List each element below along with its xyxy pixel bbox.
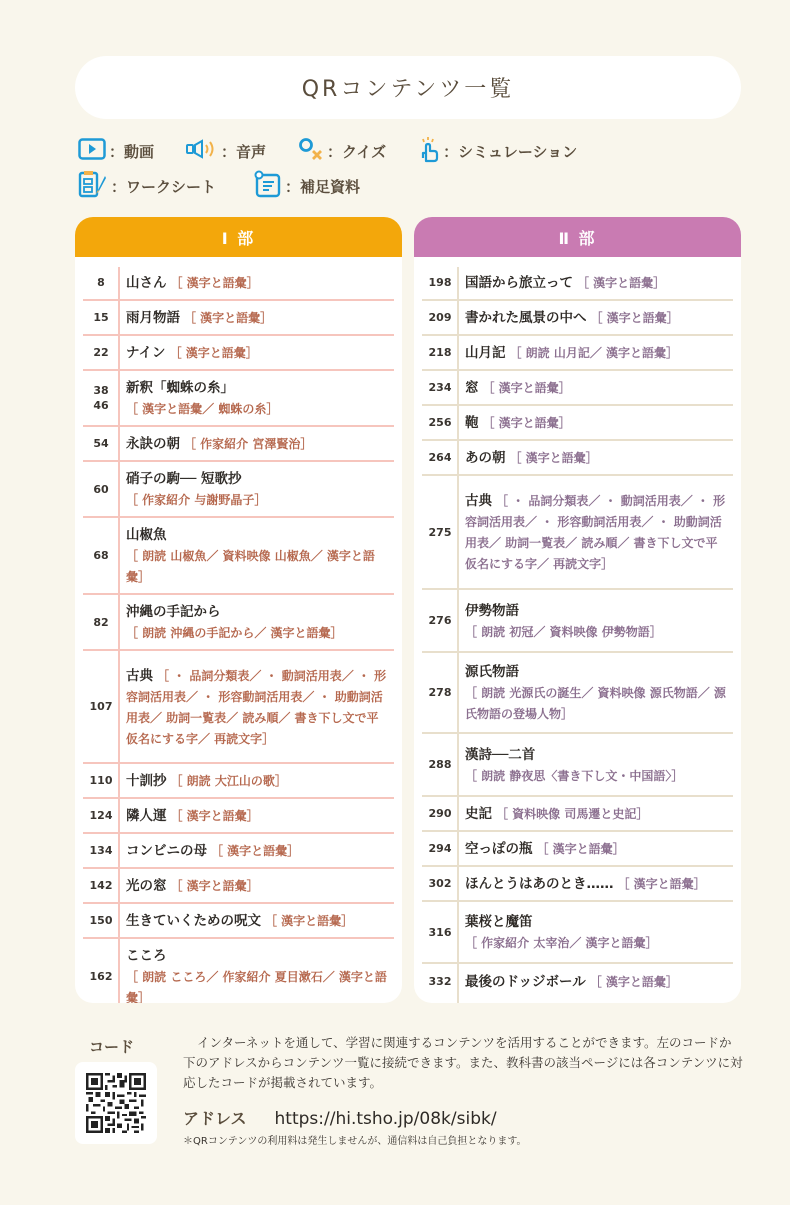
entry-title: ほんとうはあのとき…… xyxy=(465,876,614,892)
content-links[interactable]: ［ 朗読 光源氏の誕生／ 資料映像 源氏物語／ 源氏物語の登場人物］ xyxy=(465,686,726,721)
part2-row-264[interactable]: 264あの朝［ 漢字と語彙］ xyxy=(422,441,733,476)
entry-title: 古典 xyxy=(465,493,492,509)
content-links[interactable]: ［ 漢字と語彙］ xyxy=(510,451,598,465)
part2-panel: Ⅱ 部 198国語から旅立って［ 漢字と語彙］209書かれた風景の中へ［ 漢字と… xyxy=(414,217,741,1003)
page-number: 275 xyxy=(422,525,458,540)
usage-fee-note: ＊QRコンテンツの利用料は発生しませんが、通信料は自己負担となります。 xyxy=(183,1132,527,1147)
entry-content: 古典［ ・ 品詞分類表／ ・ 動詞活用表／ ・ 形容詞活用表／ ・ 形容動詞活用… xyxy=(119,659,394,755)
address-label: アドレス xyxy=(183,1106,247,1129)
part1-row-22[interactable]: 22ナイン［ 漢字と語彙］ xyxy=(83,336,394,371)
entry-title: 雨月物語 xyxy=(126,310,180,326)
content-links[interactable]: ［ 漢字と語彙］ xyxy=(537,842,625,856)
entry-title: 生きていくための呪文 xyxy=(126,913,261,929)
legend-audio: ：音声 xyxy=(186,139,266,163)
entry-content: 山椒魚［ 朗読 山椒魚／ 資料映像 山椒魚／ 漢字と語彙］ xyxy=(119,518,394,593)
part1-row-68[interactable]: 68山椒魚［ 朗読 山椒魚／ 資料映像 山椒魚／ 漢字と語彙］ xyxy=(83,518,394,595)
entry-title: 鞄 xyxy=(465,415,479,431)
worksheet-icon xyxy=(78,170,108,202)
qr-code[interactable] xyxy=(75,1062,157,1144)
content-links[interactable]: ［ 漢字と語彙］ xyxy=(618,877,706,891)
quiz-icon xyxy=(298,137,324,165)
page-number: 124 xyxy=(83,808,119,823)
part2-header: Ⅱ 部 xyxy=(414,217,741,257)
legend-supplement: ：補足資料 xyxy=(254,170,360,202)
content-links[interactable]: ［ 漢字と語彙］ xyxy=(184,311,272,325)
page-number: 290 xyxy=(422,806,458,821)
entry-content: ナイン［ 漢字と語彙］ xyxy=(119,336,394,369)
entry-title: 国語から旅立って xyxy=(465,275,573,291)
entry-content: 葉桜と魔笛［ 作家紹介 太宰治／ 漢字と語彙］ xyxy=(458,905,733,959)
entry-content: 源氏物語［ 朗読 光源氏の誕生／ 資料映像 源氏物語／ 源氏物語の登場人物］ xyxy=(458,655,733,730)
content-links[interactable]: ［ 朗読 初冠／ 資料映像 伊勢物語］ xyxy=(465,625,662,639)
entry-content: 十訓抄［ 朗読 大江山の歌］ xyxy=(119,764,394,797)
part1-row-162[interactable]: 162こころ［ 朗読 こころ／ 作家紹介 夏目漱石／ 漢字と語彙］ xyxy=(83,939,394,1003)
page-number: 288 xyxy=(422,757,458,772)
part2-row-256[interactable]: 256鞄［ 漢字と語彙］ xyxy=(422,406,733,441)
page-number: 68 xyxy=(83,548,119,563)
content-links[interactable]: ［ 漢字と語彙］ xyxy=(483,416,571,430)
entry-content: 最後のドッジボール［ 漢字と語彙］ xyxy=(458,965,733,998)
part2-row-288[interactable]: 288漢詩──二首［ 朗読 静夜思〈書き下し文・中国語〉］ xyxy=(422,734,733,797)
entry-title: 光の窓 xyxy=(126,878,167,894)
entry-content: 山さん［ 漢字と語彙］ xyxy=(119,266,394,299)
content-links[interactable]: ［ 朗読 こころ／ 作家紹介 夏目漱石／ 漢字と語彙］ xyxy=(126,970,387,1003)
part2-row-302[interactable]: 302ほんとうはあのとき……［ 漢字と語彙］ xyxy=(422,867,733,902)
entry-title: こころ xyxy=(126,948,167,964)
content-links[interactable]: ［ 漢字と語彙］ xyxy=(171,276,259,290)
content-links[interactable]: ［ 資料映像 司馬遷と史記］ xyxy=(496,807,648,821)
content-links[interactable]: ［ 朗読 山月記／ 漢字と語彙］ xyxy=(510,346,679,360)
content-links[interactable]: ［ 漢字と語彙／ 蜘蛛の糸］ xyxy=(126,402,278,416)
page-number: 278 xyxy=(422,685,458,700)
simulation-icon xyxy=(418,135,440,167)
entry-content: 永訣の朝［ 作家紹介 宮澤賢治］ xyxy=(119,427,394,460)
entry-content: ほんとうはあのとき……［ 漢字と語彙］ xyxy=(458,867,733,900)
part2-row-276[interactable]: 276伊勢物語［ 朗読 初冠／ 資料映像 伊勢物語］ xyxy=(422,590,733,653)
entry-title: 硝子の駒── 短歌抄 xyxy=(126,471,241,487)
entry-content: 伊勢物語［ 朗読 初冠／ 資料映像 伊勢物語］ xyxy=(458,594,733,648)
entry-content: 硝子の駒── 短歌抄［ 作家紹介 与謝野晶子］ xyxy=(119,462,394,516)
content-links[interactable]: ［ 漢字と語彙］ xyxy=(171,809,259,823)
entry-title: 山月記 xyxy=(465,345,506,361)
entry-content: 史記［ 資料映像 司馬遷と史記］ xyxy=(458,797,733,830)
entry-title: あの朝 xyxy=(465,450,506,466)
content-links[interactable]: ［ 朗読 山椒魚／ 資料映像 山椒魚／ 漢字と語彙］ xyxy=(126,549,375,584)
icon-legend: ：動画 ：音声 ：クイズ ：シミュレーション ：ワークシート xyxy=(78,137,718,207)
entry-content: 光の窓［ 漢字と語彙］ xyxy=(119,869,394,902)
entry-content: 鞄［ 漢字と語彙］ xyxy=(458,406,733,439)
supplement-icon xyxy=(254,170,282,202)
legend-simulation: ：シミュレーション xyxy=(418,135,577,167)
entry-content: 新釈「蜘蛛の糸」［ 漢字と語彙／ 蜘蛛の糸］ xyxy=(119,371,394,425)
content-links[interactable]: ［ 作家紹介 与謝野晶子］ xyxy=(126,493,266,507)
page-number: 332 xyxy=(422,974,458,989)
page-number: 107 xyxy=(83,699,119,714)
page-number: 294 xyxy=(422,841,458,856)
page-number: 234 xyxy=(422,380,458,395)
content-links[interactable]: ［ 作家紹介 宮澤賢治］ xyxy=(184,437,312,451)
part2-row-290[interactable]: 290史記［ 資料映像 司馬遷と史記］ xyxy=(422,797,733,832)
part1-row-15[interactable]: 15雨月物語［ 漢字と語彙］ xyxy=(83,301,394,336)
page-number: 150 xyxy=(83,913,119,928)
entry-title: 山椒魚 xyxy=(126,527,167,543)
part2-row-278[interactable]: 278源氏物語［ 朗読 光源氏の誕生／ 資料映像 源氏物語／ 源氏物語の登場人物… xyxy=(422,653,733,734)
content-links[interactable]: ［ 作家紹介 太宰治／ 漢字と語彙］ xyxy=(465,936,658,950)
part1-header: Ⅰ 部 xyxy=(75,217,402,257)
page-number: 110 xyxy=(83,773,119,788)
page-number: 142 xyxy=(83,878,119,893)
video-icon xyxy=(78,138,106,164)
page-number: 209 xyxy=(422,310,458,325)
legend-worksheet: ：ワークシート xyxy=(78,170,216,202)
entry-content: 窓［ 漢字と語彙］ xyxy=(458,371,733,404)
entry-content: 国語から旅立って［ 漢字と語彙］ xyxy=(458,266,733,299)
audio-icon xyxy=(186,139,218,163)
content-links[interactable]: ［ 漢字と語彙］ xyxy=(591,311,679,325)
part1-row-110[interactable]: 110十訓抄［ 朗読 大江山の歌］ xyxy=(83,764,394,799)
part1-row-150[interactable]: 150生きていくための呪文［ 漢字と語彙］ xyxy=(83,904,394,939)
part2-row-275[interactable]: 275古典［ ・ 品詞分類表／ ・ 動詞活用表／ ・ 形容詞活用表／ ・ 形容動… xyxy=(422,476,733,590)
part2-row-332[interactable]: 332最後のドッジボール［ 漢字と語彙］ xyxy=(422,964,733,999)
content-links[interactable]: ［ 漢字と語彙］ xyxy=(211,844,299,858)
part1-row-54[interactable]: 54永訣の朝［ 作家紹介 宮澤賢治］ xyxy=(83,427,394,462)
part2-row-209[interactable]: 209書かれた風景の中へ［ 漢字と語彙］ xyxy=(422,301,733,336)
part1-panel: Ⅰ 部 8山さん［ 漢字と語彙］15雨月物語［ 漢字と語彙］22ナイン［ 漢字と… xyxy=(75,217,402,1003)
legend-row-1: ：動画 ：音声 ：クイズ ：シミュレーション xyxy=(78,137,718,165)
page-number: 15 xyxy=(83,310,119,325)
content-links[interactable]: ［ 漢字と語彙］ xyxy=(170,346,258,360)
content-links[interactable]: ［ 漢字と語彙］ xyxy=(483,381,571,395)
page-title: QRコンテンツ一覧 xyxy=(302,72,515,103)
entry-content: 山月記［ 朗読 山月記／ 漢字と語彙］ xyxy=(458,336,733,369)
page-number: 8 xyxy=(83,275,119,290)
page-number: 82 xyxy=(83,615,119,630)
page-number: 198 xyxy=(422,275,458,290)
entry-title: 山さん xyxy=(126,275,167,291)
entry-title: 空っぽの瓶 xyxy=(465,841,533,857)
content-links[interactable]: ［ 漢字と語彙］ xyxy=(577,276,665,290)
part2-row-316[interactable]: 316葉桜と魔笛［ 作家紹介 太宰治／ 漢字と語彙］ xyxy=(422,902,733,964)
part2-row-234[interactable]: 234窓［ 漢字と語彙］ xyxy=(422,371,733,406)
part2-row-198[interactable]: 198国語から旅立って［ 漢字と語彙］ xyxy=(422,265,733,301)
entry-content: 空っぽの瓶［ 漢字と語彙］ xyxy=(458,832,733,865)
page-number: 38 46 xyxy=(83,383,119,413)
entry-title: コンビニの母 xyxy=(126,843,207,859)
address-url-link[interactable]: https://hi.tsho.jp/08k/sibk/ xyxy=(275,1109,497,1129)
entry-title: 新釈「蜘蛛の糸」 xyxy=(126,380,234,396)
page-number: 264 xyxy=(422,450,458,465)
entry-title: 漢詩──二首 xyxy=(465,747,535,763)
entry-content: 漢詩──二首［ 朗読 静夜思〈書き下し文・中国語〉］ xyxy=(458,738,733,792)
part1-row-8[interactable]: 8山さん［ 漢字と語彙］ xyxy=(83,265,394,301)
part1-row-142[interactable]: 142光の窓［ 漢字と語彙］ xyxy=(83,869,394,904)
part2-list: 198国語から旅立って［ 漢字と語彙］209書かれた風景の中へ［ 漢字と語彙］2… xyxy=(414,257,741,999)
page-number: 256 xyxy=(422,415,458,430)
entry-content: 沖縄の手記から［ 朗読 沖縄の手記から／ 漢字と語彙］ xyxy=(119,595,394,649)
entry-title: 伊勢物語 xyxy=(465,603,519,619)
entry-title: 十訓抄 xyxy=(126,773,167,789)
entry-title: 源氏物語 xyxy=(465,664,519,680)
part1-row-38-46[interactable]: 38 46新釈「蜘蛛の糸」［ 漢字と語彙／ 蜘蛛の糸］ xyxy=(83,371,394,427)
part1-row-60[interactable]: 60硝子の駒── 短歌抄［ 作家紹介 与謝野晶子］ xyxy=(83,462,394,518)
entry-title: 古典 xyxy=(126,668,153,684)
legend-row-2: ：ワークシート ：補足資料 xyxy=(78,172,718,200)
content-links[interactable]: ［ 朗読 静夜思〈書き下し文・中国語〉］ xyxy=(465,769,683,783)
page-number: 22 xyxy=(83,345,119,360)
entry-content: 雨月物語［ 漢字と語彙］ xyxy=(119,301,394,334)
entry-title: 隣人運 xyxy=(126,808,167,824)
page-number: 218 xyxy=(422,345,458,360)
content-links[interactable]: ［ 漢字と語彙］ xyxy=(265,914,353,928)
entry-content: コンビニの母［ 漢字と語彙］ xyxy=(119,834,394,867)
entry-content: 古典［ ・ 品詞分類表／ ・ 動詞活用表／ ・ 形容詞活用表／ ・ 形容動詞活用… xyxy=(458,484,733,580)
page-number: 316 xyxy=(422,925,458,940)
part1-row-134[interactable]: 134コンビニの母［ 漢字と語彙］ xyxy=(83,834,394,869)
page-number: 54 xyxy=(83,436,119,451)
entry-title: 最後のドッジボール xyxy=(465,974,586,990)
content-links[interactable]: ［ 朗読 大江山の歌］ xyxy=(171,774,287,788)
title-banner: QRコンテンツ一覧 xyxy=(75,56,741,119)
page-number: 60 xyxy=(83,482,119,497)
entry-title: 書かれた風景の中へ xyxy=(465,310,587,326)
entry-title: 葉桜と魔笛 xyxy=(465,914,533,930)
legend-quiz: ：クイズ xyxy=(298,137,386,165)
content-links[interactable]: ［ 漢字と語彙］ xyxy=(171,879,259,893)
part1-row-82[interactable]: 82沖縄の手記から［ 朗読 沖縄の手記から／ 漢字と語彙］ xyxy=(83,595,394,651)
part1-list: 8山さん［ 漢字と語彙］15雨月物語［ 漢字と語彙］22ナイン［ 漢字と語彙］3… xyxy=(75,257,402,1003)
entry-title: 永訣の朝 xyxy=(126,436,180,452)
content-links[interactable]: ［ ・ 品詞分類表／ ・ 動詞活用表／ ・ 形容詞活用表／ ・ 形容動詞活用表／… xyxy=(465,494,725,571)
entry-content: 隣人運［ 漢字と語彙］ xyxy=(119,799,394,832)
entry-title: 沖縄の手記から xyxy=(126,604,221,620)
part1-row-107[interactable]: 107古典［ ・ 品詞分類表／ ・ 動詞活用表／ ・ 形容詞活用表／ ・ 形容動… xyxy=(83,651,394,764)
entry-content: 書かれた風景の中へ［ 漢字と語彙］ xyxy=(458,301,733,334)
page-number: 134 xyxy=(83,843,119,858)
qr-code-image xyxy=(86,1073,146,1133)
entry-title: ナイン xyxy=(126,345,166,361)
description-text: インターネットを通して、学習に関連するコンテンツを活用することができます。左のコ… xyxy=(183,1033,743,1093)
legend-video: ：動画 xyxy=(78,138,154,164)
page-number: 162 xyxy=(83,969,119,984)
entry-title: 窓 xyxy=(465,380,479,396)
entry-content: 生きていくための呪文［ 漢字と語彙］ xyxy=(119,904,394,937)
page-number: 276 xyxy=(422,613,458,628)
content-links[interactable]: ［ ・ 品詞分類表／ ・ 動詞活用表／ ・ 形容詞活用表／ ・ 形容動詞活用表／… xyxy=(126,669,386,746)
entry-content: こころ［ 朗読 こころ／ 作家紹介 夏目漱石／ 漢字と語彙］ xyxy=(119,939,394,1003)
content-links[interactable]: ［ 漢字と語彙］ xyxy=(590,975,678,989)
part2-row-218[interactable]: 218山月記［ 朗読 山月記／ 漢字と語彙］ xyxy=(422,336,733,371)
content-links[interactable]: ［ 朗読 沖縄の手記から／ 漢字と語彙］ xyxy=(126,626,343,640)
part1-row-124[interactable]: 124隣人運［ 漢字と語彙］ xyxy=(83,799,394,834)
entry-content: あの朝［ 漢字と語彙］ xyxy=(458,441,733,474)
code-label: コード xyxy=(89,1036,134,1057)
page-number: 302 xyxy=(422,876,458,891)
address-line: アドレス https://hi.tsho.jp/08k/sibk/ xyxy=(183,1106,497,1129)
part2-row-294[interactable]: 294空っぽの瓶［ 漢字と語彙］ xyxy=(422,832,733,867)
entry-title: 史記 xyxy=(465,806,492,822)
